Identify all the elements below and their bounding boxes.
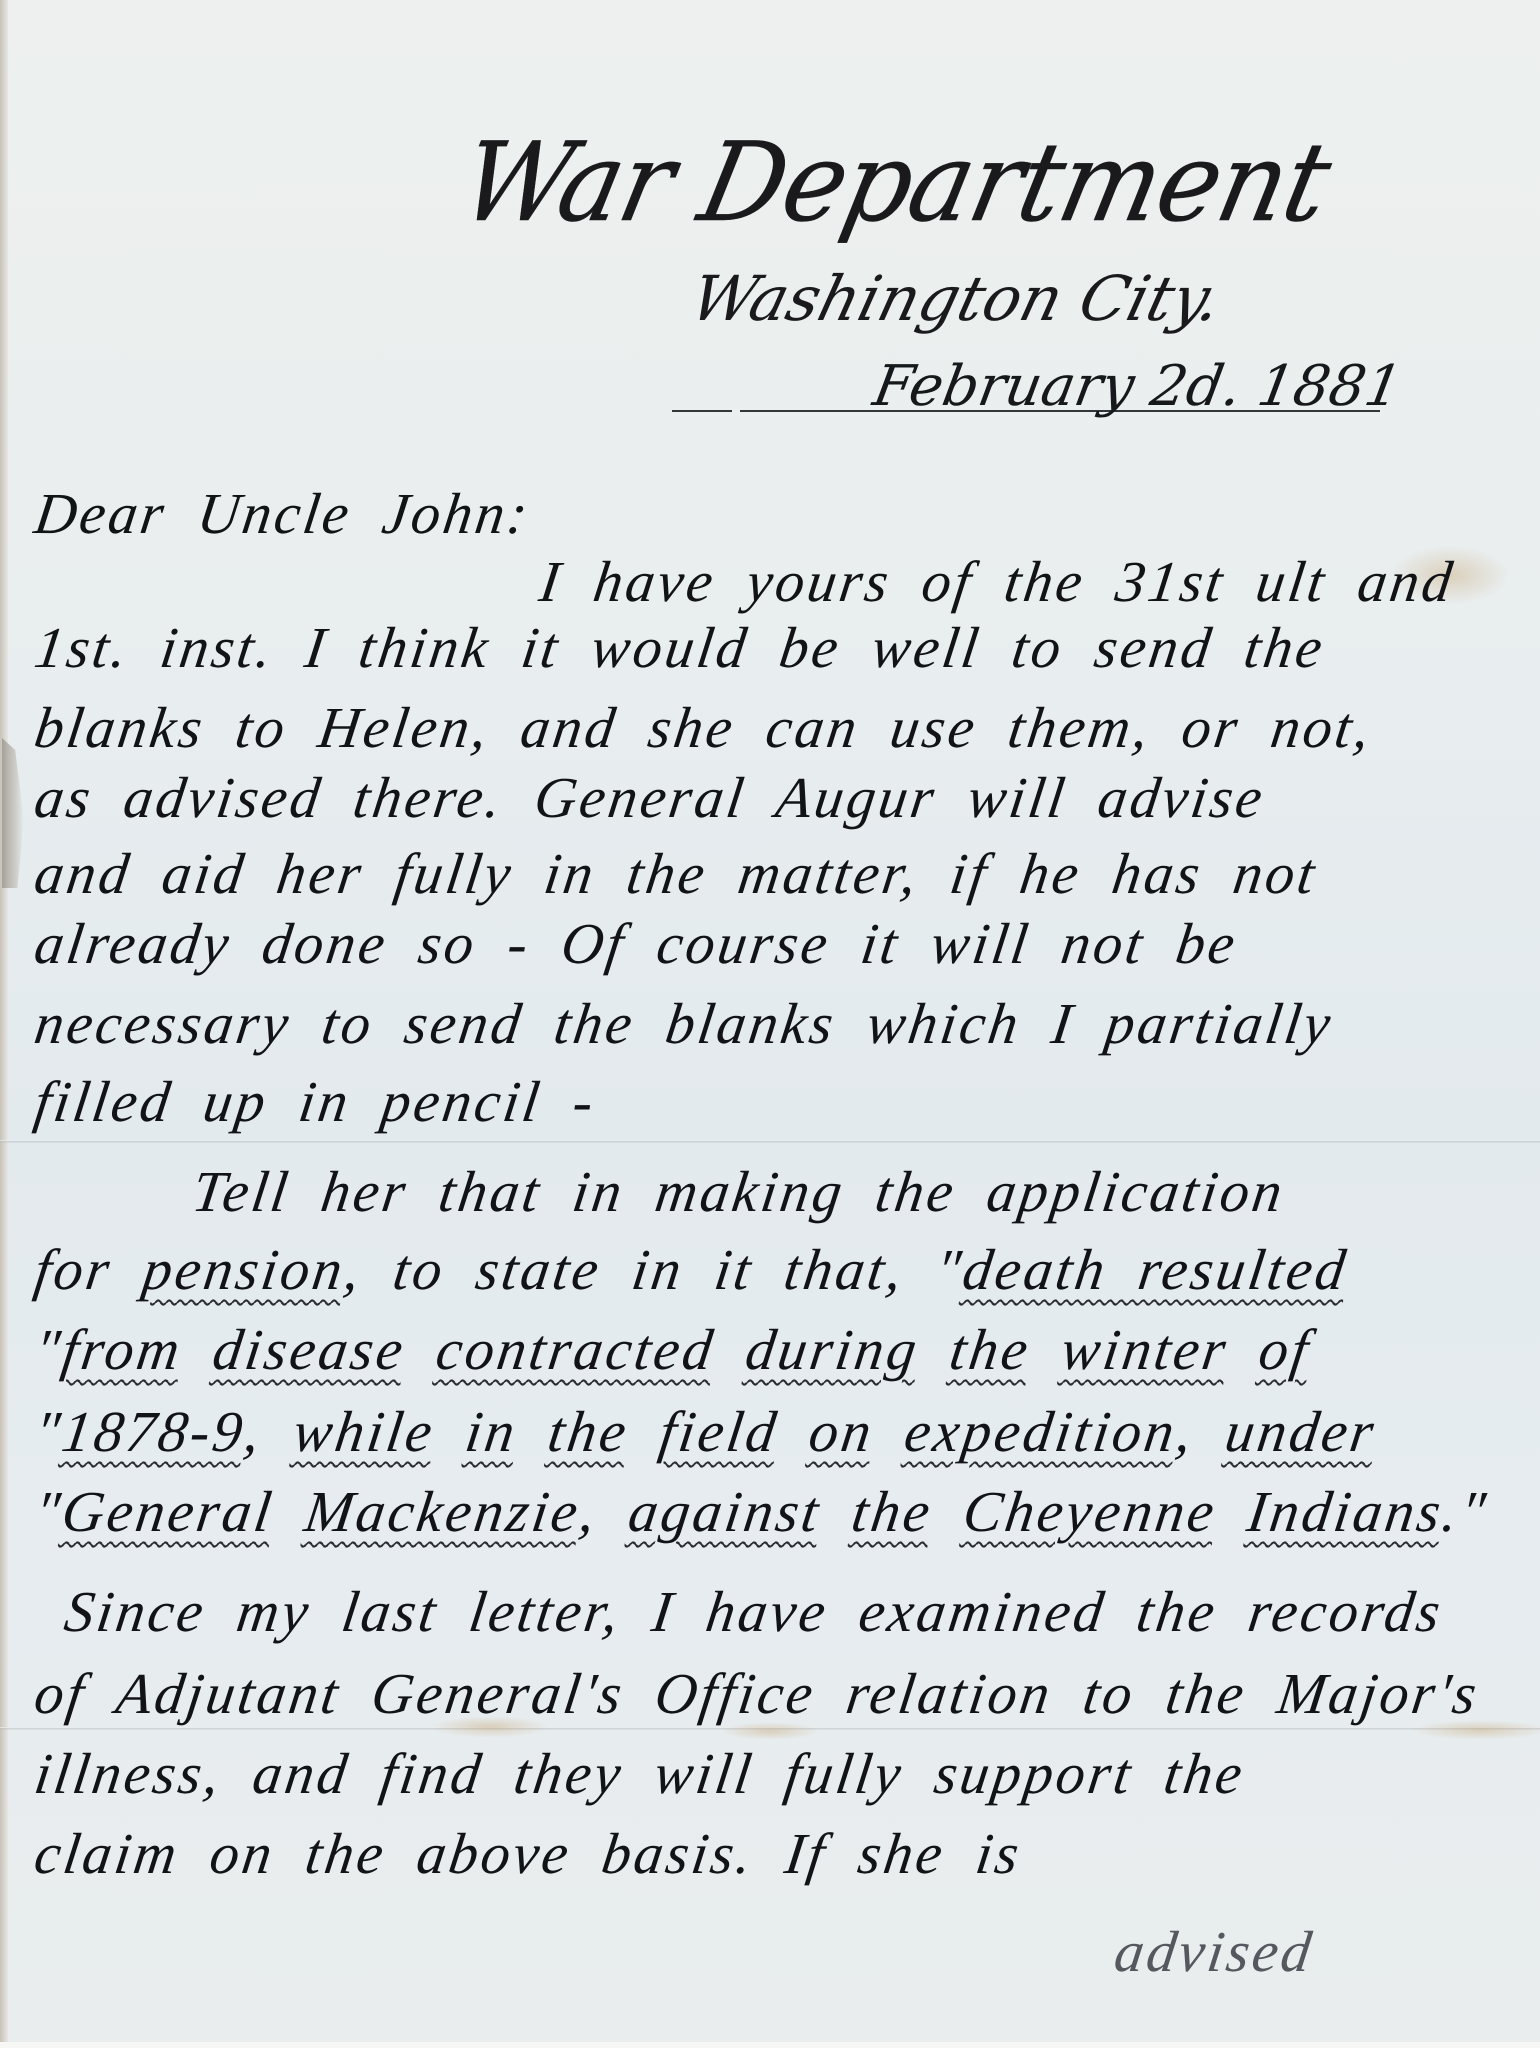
text-segment: filled up in pencil - xyxy=(31,1069,600,1134)
underlined-phrase: General xyxy=(58,1479,278,1544)
body-line: as advised there. General Augur will adv… xyxy=(31,764,1270,831)
body-line: necessary to send the blanks which I par… xyxy=(31,990,1338,1057)
underlined-phrase: the xyxy=(946,1317,1035,1382)
text-segment: blanks to Helen, and she can use them, o… xyxy=(31,695,1377,760)
paper-left-edge xyxy=(0,0,8,2048)
underlined-phrase: on xyxy=(805,1399,878,1464)
underlined-phrase: 1878-9 xyxy=(58,1399,249,1464)
underlined-phrase: from xyxy=(58,1317,187,1382)
body-line: blanks to Helen, and she can use them, o… xyxy=(31,694,1377,761)
body-line: illness, and find they will fully suppor… xyxy=(31,1740,1250,1807)
underlined-phrase: Mackenzie xyxy=(301,1479,585,1544)
body-line: of Adjutant General's Office relation to… xyxy=(31,1660,1484,1727)
text-segment: , to state in it that, " xyxy=(340,1237,968,1302)
body-line: 1st. inst. I think it would be well to s… xyxy=(31,614,1330,681)
underlined-phrase: in xyxy=(462,1399,522,1464)
paper-bottom-edge xyxy=(0,2042,1540,2048)
text-segment: illness, and find they will fully suppor… xyxy=(31,1741,1249,1806)
text-segment: and aid her fully in the matter, if he h… xyxy=(31,841,1322,906)
text-segment: for xyxy=(31,1237,148,1302)
underlined-phrase: the xyxy=(848,1479,937,1544)
body-line: Tell her that in making the application xyxy=(189,1158,1290,1225)
text-segment: I have yours of the 31st ult and xyxy=(536,549,1459,614)
text-segment: Since my last letter, I have examined th… xyxy=(61,1579,1447,1644)
underlined-phrase: of xyxy=(1255,1317,1315,1382)
body-line: Since my last letter, I have examined th… xyxy=(61,1578,1448,1645)
text-segment: necessary to send the blanks which I par… xyxy=(31,991,1338,1056)
text-segment: advised xyxy=(1111,1919,1318,1984)
letterhead-title: War Department xyxy=(451,118,1341,246)
text-segment: of Adjutant General's Office relation to… xyxy=(31,1661,1484,1726)
body-line: filled up in pencil - xyxy=(31,1068,601,1135)
fold-line xyxy=(0,1140,1540,1143)
date-rule xyxy=(672,410,732,412)
underlined-phrase: Indians xyxy=(1243,1479,1447,1544)
text-segment: 1st. inst. I think it would be well to s… xyxy=(31,615,1330,680)
underlined-phrase: the xyxy=(544,1399,633,1464)
underlined-phrase: during xyxy=(742,1317,924,1382)
paper-tear xyxy=(2,738,24,888)
text-segment: claim on the above basis. If she is xyxy=(31,1821,1026,1886)
text-segment: Tell her that in making the application xyxy=(189,1159,1290,1224)
body-line: "from disease contracted during the wint… xyxy=(31,1316,1316,1383)
underlined-phrase: while xyxy=(289,1399,439,1464)
body-line: claim on the above basis. If she is xyxy=(31,1820,1026,1887)
body-line: "1878-9, while in the field on expeditio… xyxy=(31,1398,1381,1465)
body-line: "General Mackenzie, against the Cheyenne… xyxy=(31,1478,1493,1545)
underlined-phrase: winter xyxy=(1057,1317,1232,1382)
underlined-phrase: Cheyenne xyxy=(959,1479,1221,1544)
underlined-phrase: contracted xyxy=(432,1317,719,1382)
underlined-phrase: expedition xyxy=(901,1399,1182,1464)
body-line: I have yours of the 31st ult and xyxy=(536,548,1459,615)
text-segment: already done so - Of course it will not … xyxy=(31,911,1242,976)
body-line: already done so - Of course it will not … xyxy=(31,910,1242,977)
letter-date: February 2d. 1881 xyxy=(869,354,1407,419)
letterhead-city: Washington City. xyxy=(684,262,1229,335)
text-segment: ." xyxy=(1438,1479,1492,1544)
body-line: and aid her fully in the matter, if he h… xyxy=(31,840,1322,907)
underlined-phrase: pension xyxy=(139,1237,350,1302)
body-line: advised xyxy=(1111,1918,1319,1985)
underlined-phrase: against xyxy=(625,1479,826,1544)
text-segment: as advised there. General Augur will adv… xyxy=(31,765,1270,830)
letter-page: War Department Washington City. February… xyxy=(0,0,1540,2048)
body-line: for pension, to state in it that, "death… xyxy=(31,1236,1353,1303)
salutation: Dear Uncle John: xyxy=(31,480,535,547)
underlined-phrase: death resulted xyxy=(959,1237,1352,1302)
underlined-phrase: disease xyxy=(209,1317,410,1382)
underlined-phrase: under xyxy=(1221,1399,1380,1464)
underlined-phrase: field xyxy=(656,1399,783,1464)
